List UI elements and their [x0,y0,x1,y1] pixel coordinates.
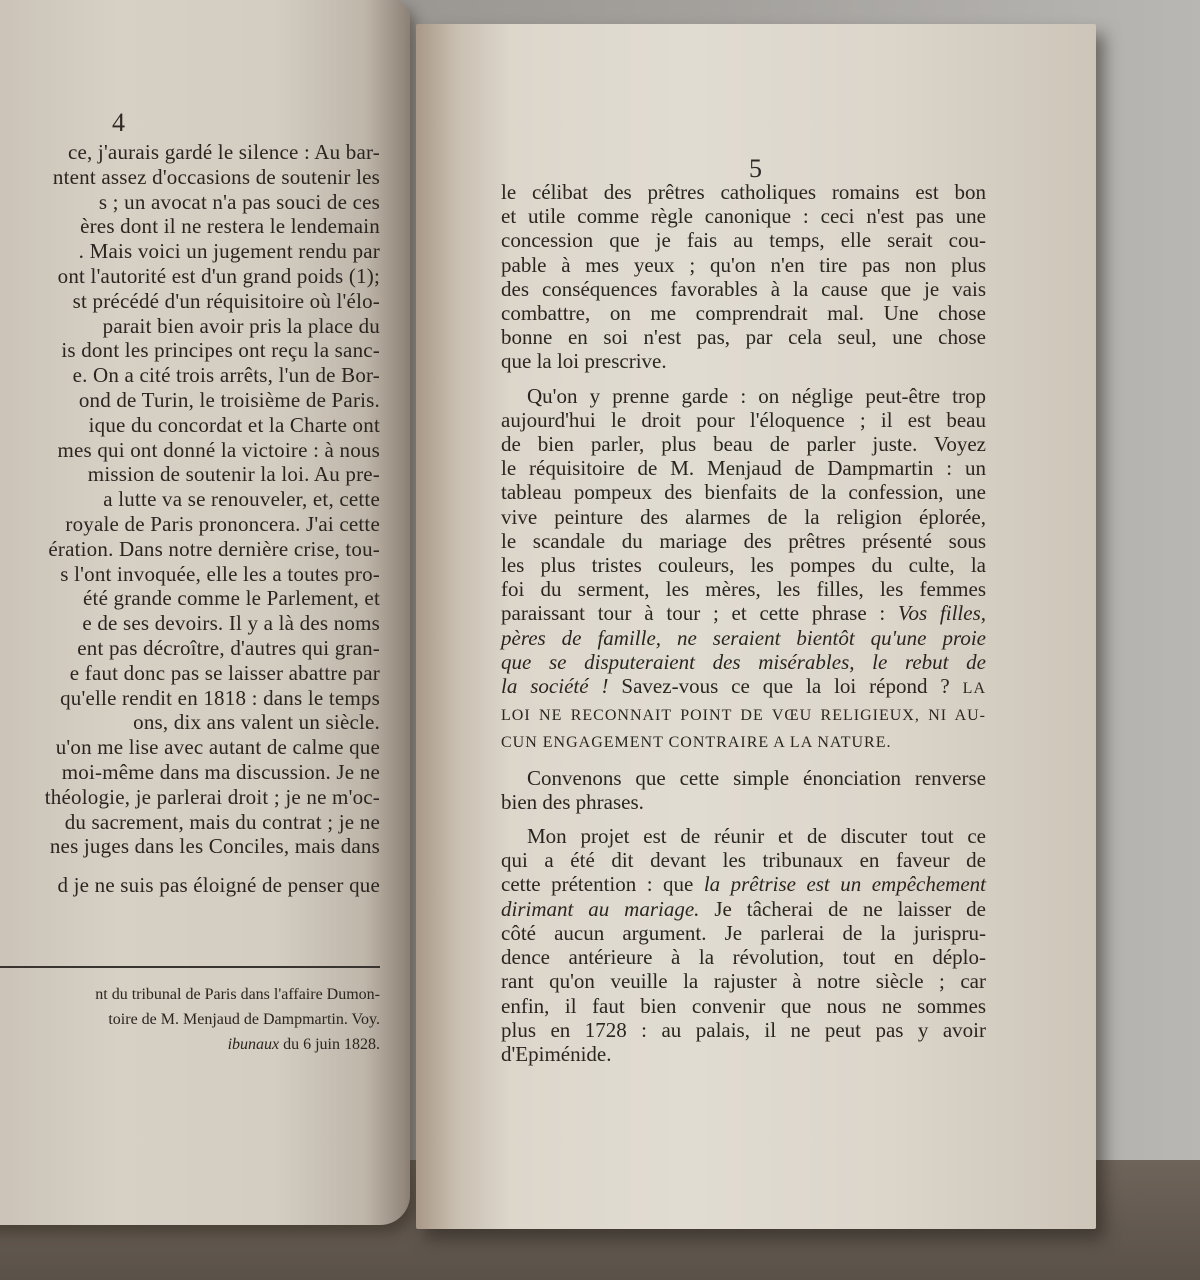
text-line: bien des phrases. [501,790,986,814]
text-line: CUN ENGAGEMENT CONTRAIRE A LA NATURE. [501,728,986,755]
text-line: des conséquences favorables à la cause q… [501,277,986,301]
text-line: foi du serment, les mères, les filles, l… [501,577,986,601]
text-line: d je ne suis pas éloigné de penser que [0,873,380,898]
text-line: e. On a cité trois arrêts, l'un de Bor- [0,363,380,388]
text-line: st précédé d'un réquisitoire où l'élo- [0,289,380,314]
text-line: ont l'autorité est d'un grand poids (1); [0,264,380,289]
paragraph: Mon projet est de réunir et de discuter … [501,824,986,1066]
text-line: plus en 1728 : au palais, il ne peut pas… [501,1018,986,1042]
text-line: e de ses devoirs. Il y a là des noms [0,611,380,636]
text-line [0,859,380,873]
text-line: . Mais voici un jugement rendu par [0,239,380,264]
left-page-footnotes: nt du tribunal de Paris dans l'affaire D… [0,982,380,1057]
text-line: théologie, je parlerai droit ; je ne m'o… [0,785,380,810]
text-line: mission de soutenir la loi. Au pre- [0,462,380,487]
text-line: mes qui ont donné la victoire : à nous [0,438,380,463]
text-line: paraissant tour à tour ; et cette phrase… [501,601,986,625]
text-line: ères dont il ne restera le lendemain [0,214,380,239]
text-line: ond de Turin, le troisième de Paris. [0,388,380,413]
text-line: concession que je fais au temps, elle se… [501,228,986,252]
text-line: les plus tristes couleurs, les pompes du… [501,553,986,577]
text-line: combattre, on me comprendrait mal. Une c… [501,301,986,325]
text-line: qu'elle rendit en 1818 : dans le temps [0,686,380,711]
text-line: du sacrement, mais du contrat ; je ne [0,810,380,835]
footnote-line: nt du tribunal de Paris dans l'affaire D… [0,982,380,1007]
text-line: dirimant au mariage. Je tâcherai de ne l… [501,897,986,921]
text-line: que la loi prescrive. [501,349,986,373]
text-line: dence antérieure à la révolution, tout e… [501,945,986,969]
text-line: a lutte va se renouveler, et, cette [0,487,380,512]
right-page: 5 le célibat des prêtres catholiques rom… [416,24,1096,1229]
text-line: ce, j'aurais gardé le silence : Au bar- [0,140,380,165]
text-line: rant qu'on veuille la rajuster à notre s… [501,969,986,993]
paragraph: le célibat des prêtres catholiques romai… [501,180,986,374]
text-line: nes juges dans les Conciles, mais dans [0,834,380,859]
text-line: d'Epiménide. [501,1042,986,1066]
text-line: Mon projet est de réunir et de discuter … [501,824,986,848]
text-line: la société ! Savez-vous ce que la loi ré… [501,674,986,701]
text-line: été grande comme le Parlement, et [0,586,380,611]
text-line: parait bien avoir pris la place du [0,314,380,339]
left-page-number: 4 [112,108,125,138]
right-page-body: le célibat des prêtres catholiques romai… [501,180,986,1066]
text-line: royale de Paris prononcera. J'ai cette [0,512,380,537]
text-line: ique du concordat et la Charte ont [0,413,380,438]
paragraph: Qu'on y prenne garde : on néglige peut-ê… [501,384,986,756]
paragraph: Convenons que cette simple énonciation r… [501,766,986,814]
text-line: moi-même dans ma discussion. Je ne [0,760,380,785]
footnote-divider [0,966,380,968]
text-line: e faut donc pas se laisser abattre par [0,661,380,686]
text-line: et utile comme règle canonique : ceci n'… [501,204,986,228]
text-line: le réquisitoire de M. Menjaud de Dampmar… [501,456,986,480]
text-line: ération. Dans notre dernière crise, tou- [0,537,380,562]
footnote-line: toire de M. Menjaud de Dampmartin. Voy. [0,1007,380,1032]
text-line: is dont les principes ont reçu la sanc- [0,338,380,363]
text-line: côté aucun argument. Je parlerai de la j… [501,921,986,945]
text-line: ntent assez d'occasions de soutenir les [0,165,380,190]
text-line: vive peinture des alarmes de la religion… [501,505,986,529]
text-line: pable à mes yeux ; qu'on n'en tire pas n… [501,253,986,277]
text-line: s ; un avocat n'a pas souci de ces [0,190,380,215]
text-line: aujourd'hui le droit pour l'éloquence ; … [501,408,986,432]
text-line: u'on me lise avec autant de calme que [0,735,380,760]
text-line: le scandale du mariage des prêtres prése… [501,529,986,553]
text-line: pères de famille, ne seraient bientôt qu… [501,626,986,650]
text-line: s l'ont invoquée, elle les a toutes pro- [0,562,380,587]
text-line: LOI NE RECONNAIT POINT DE VŒU RELIGIEUX,… [501,701,986,728]
text-line: ent pas décroître, d'autres qui gran- [0,636,380,661]
text-line: Convenons que cette simple énonciation r… [501,766,986,790]
text-line: de bien parler, plus beau de parler just… [501,432,986,456]
text-line: cette prétention : que la prêtrise est u… [501,872,986,896]
text-line: tableau pompeux des bienfaits de la conf… [501,480,986,504]
text-line: enfin, il faut bien convenir que nous ne… [501,994,986,1018]
text-line: le célibat des prêtres catholiques romai… [501,180,986,204]
text-line: bonne en soi n'est pas, par cela seul, u… [501,325,986,349]
text-line: que se disputeraient des misérables, le … [501,650,986,674]
footnote-line: ibunaux du 6 juin 1828. [0,1032,380,1057]
text-line: Qu'on y prenne garde : on néglige peut-ê… [501,384,986,408]
left-page-body: ce, j'aurais gardé le silence : Au bar-n… [0,140,380,898]
text-line: ons, dix ans valent un siècle. [0,710,380,735]
text-line: qui a été dit devant les tribunaux en fa… [501,848,986,872]
left-page: 4 ce, j'aurais gardé le silence : Au bar… [0,0,410,1225]
